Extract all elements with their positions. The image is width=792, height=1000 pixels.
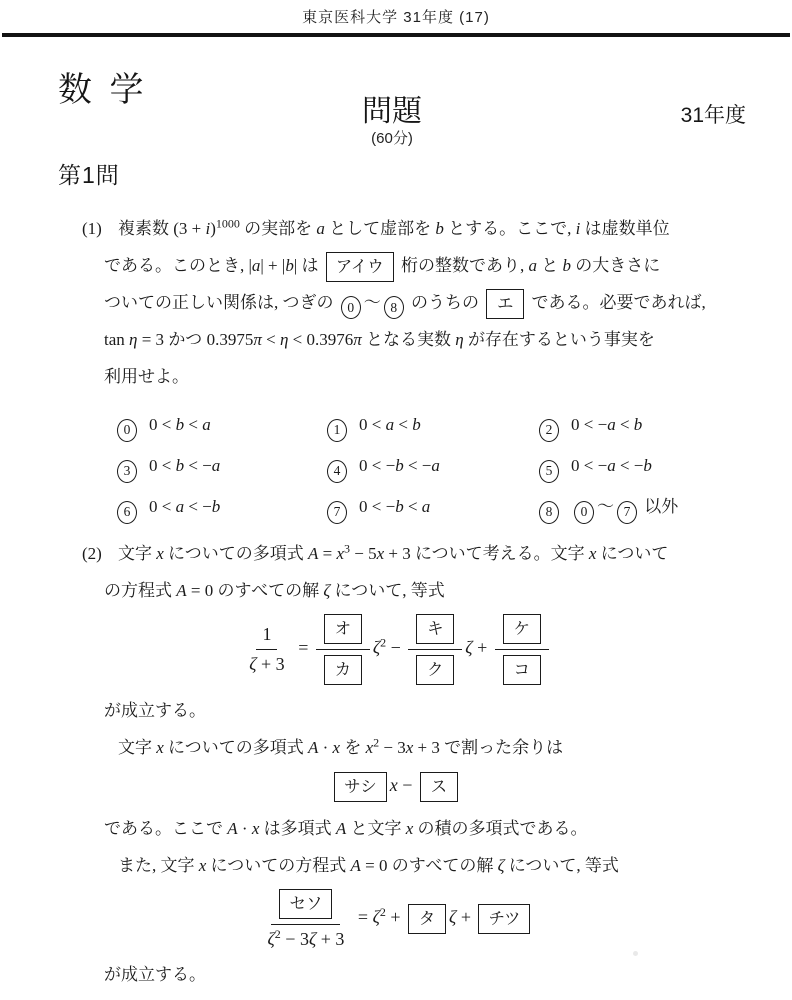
circled-number: 4 xyxy=(327,460,347,483)
option-expression: 0～7 以外 xyxy=(571,497,678,516)
circled-number: 3 xyxy=(117,460,137,483)
text-line: 文字 x についての多項式 A = x3 − 5x + 3 について考える。文字… xyxy=(104,535,732,572)
math-run: 1 xyxy=(262,624,271,644)
math-run: = xyxy=(294,638,313,658)
fraction-denominator: カ xyxy=(316,650,370,686)
text-line: tan η = 3 かつ 0.3975π < η < 0.3976π となる実数… xyxy=(104,321,732,358)
math-run: b xyxy=(412,415,421,434)
answer-box: チツ xyxy=(478,904,530,934)
math-run: a xyxy=(528,256,537,275)
math-run: π xyxy=(253,330,262,349)
text-run: ～ xyxy=(597,497,614,516)
text-run: についての多項式 xyxy=(164,544,308,563)
answer-box: アイウ xyxy=(326,252,394,282)
text-line: が成立する。 xyxy=(104,692,732,729)
answer-box: セソ xyxy=(279,889,332,919)
math-run: b xyxy=(395,497,404,516)
math-run: a xyxy=(316,219,325,238)
equation-2: サシx − ス xyxy=(104,772,688,802)
fraction-denominator: ク xyxy=(408,650,462,686)
math-run: b xyxy=(395,456,404,475)
text-line: である。このとき, |a| + |b| は アイウ 桁の整数であり, a と b… xyxy=(104,247,732,284)
math-run: ζ xyxy=(465,638,472,658)
answer-box: エ xyxy=(486,289,524,319)
text-run: 以外 xyxy=(640,497,678,516)
math-run: a xyxy=(607,456,616,475)
math-run: a xyxy=(607,415,616,434)
math-run: x xyxy=(156,738,164,757)
circled-number: 0 xyxy=(574,501,594,524)
fraction-denominator: ζ2 − 3ζ + 3 xyxy=(262,925,351,950)
text-line: 文字 x についての多項式 A · x を x2 − 3x + 3 で割った余り… xyxy=(104,729,732,766)
math-run: < xyxy=(262,330,280,349)
math-run: < 0.3976 xyxy=(288,330,353,349)
math-run: x xyxy=(333,738,341,757)
header-divider-rule xyxy=(2,33,790,37)
fraction-denominator: ζ + 3 xyxy=(243,650,290,675)
option-expression: 0 < −b < −a xyxy=(359,456,440,475)
part-2-label: (2) xyxy=(82,535,102,572)
text-run: となる実数 xyxy=(362,330,456,349)
text-run: の大きさに xyxy=(571,256,660,275)
math-run: | + | xyxy=(260,256,285,275)
math-run: = 0 xyxy=(187,581,214,600)
math-run: x xyxy=(156,544,164,563)
answer-box: ク xyxy=(416,655,454,685)
math-run: + 3 xyxy=(384,544,411,563)
math-run: = 0 xyxy=(361,856,388,875)
math-run: A xyxy=(336,819,346,838)
math-run: − 3 xyxy=(281,929,309,949)
math-run: + 3 xyxy=(413,738,440,757)
math-run: a xyxy=(422,497,431,516)
option-1: 10 < a < b xyxy=(324,407,536,443)
math-run: A xyxy=(176,581,186,600)
text-run: 桁の整数であり, xyxy=(397,256,529,275)
math-run: + xyxy=(473,638,492,658)
math-run: = xyxy=(318,544,336,563)
text-line: 複素数 (3 + i)1000 の実部を a として虚部を b とする。ここで,… xyxy=(104,210,732,247)
math-run: − xyxy=(386,638,405,658)
math-run: + xyxy=(386,907,405,927)
superscript: 1000 xyxy=(216,216,240,230)
options-grid: 00 < b < a 10 < a < b 20 < −a < b 30 < b… xyxy=(0,407,792,525)
year-label: 31年度 xyxy=(681,99,746,129)
text-run: また, 文字 xyxy=(118,856,199,875)
math-run: π xyxy=(353,330,362,349)
part-1-label: (1) xyxy=(82,210,102,247)
math-run: A xyxy=(308,738,318,757)
math-run: 0 < xyxy=(359,415,386,434)
text-run: について xyxy=(596,544,668,563)
math-run: + 3 xyxy=(257,654,285,674)
math-run: b xyxy=(285,256,294,275)
text-run: が成立する。 xyxy=(104,965,206,984)
math-run: · xyxy=(238,819,252,838)
text-line: である。ここで A · x は多項式 A と文字 x の積の多項式である。 xyxy=(104,810,732,847)
math-run: 0 < xyxy=(149,497,176,516)
text-run: として虚部を xyxy=(325,219,436,238)
circled-number: 8 xyxy=(384,296,404,319)
fraction: キク xyxy=(408,613,462,686)
circled-number: 2 xyxy=(539,419,559,442)
math-run: (3 + xyxy=(173,219,205,238)
math-run: 0 < − xyxy=(359,456,395,475)
option-expression: 0 < −a < b xyxy=(571,415,642,434)
text-run: 文字 xyxy=(118,738,156,757)
text-run: と xyxy=(537,256,563,275)
fraction-numerator: 1 xyxy=(256,624,277,650)
text-run: は多項式 xyxy=(259,819,336,838)
section-title: 第1問 xyxy=(58,157,120,190)
answer-box: コ xyxy=(503,655,541,685)
math-run: x xyxy=(390,775,398,795)
math-run: 0 < − xyxy=(359,497,395,516)
circled-number: 1 xyxy=(327,419,347,442)
part-2: (2) 文字 x についての多項式 A = x3 − 5x + 3 について考え… xyxy=(0,535,792,993)
part-1: (1) 複素数 (3 + i)1000 の実部を a として虚部を b とする。… xyxy=(0,210,792,395)
text-run: が存在するという事実を xyxy=(464,330,655,349)
answer-box: ケ xyxy=(503,614,541,644)
math-run: < xyxy=(184,415,202,434)
option-expression: 0 < a < −b xyxy=(149,497,220,516)
fraction-numerator: ケ xyxy=(495,613,549,650)
text-run: が成立する。 xyxy=(104,701,206,720)
equation-3: セソζ2 − 3ζ + 3 = ζ2 + タζ + チツ xyxy=(104,888,688,950)
fraction-denominator: コ xyxy=(495,650,549,686)
math-run: < − xyxy=(184,456,212,475)
option-3: 30 < b < −a xyxy=(114,448,324,484)
math-run: − 3 xyxy=(379,738,406,757)
math-run: η xyxy=(455,330,463,349)
text-line: が成立する。 xyxy=(104,956,732,993)
circled-number: 0 xyxy=(117,419,137,442)
math-run: 0 < xyxy=(149,456,176,475)
math-run: 0 < − xyxy=(571,456,607,475)
option-4: 40 < −b < −a xyxy=(324,448,536,484)
option-7: 70 < −b < a xyxy=(324,489,536,525)
text-line: ついての正しい関係は, つぎの 0～8 のうちの エ である。必要であれば, xyxy=(104,284,732,321)
math-run: 0 < xyxy=(149,415,176,434)
text-run: のすべての解 xyxy=(213,581,323,600)
math-run: < xyxy=(394,415,412,434)
text-run: 文字 xyxy=(118,544,156,563)
text-run: について, 等式 xyxy=(330,581,444,600)
math-run: b xyxy=(435,219,444,238)
page-header: 東京医科大学 31年度 (17) xyxy=(0,6,792,27)
text-run: かつ xyxy=(168,330,206,349)
option-expression: 0 < −a < −b xyxy=(571,456,652,475)
math-run: < − xyxy=(184,497,212,516)
math-run: A xyxy=(350,856,360,875)
math-run: = 3 xyxy=(137,330,168,349)
problem-title: 問題 xyxy=(0,86,784,130)
math-run: b xyxy=(176,415,185,434)
equation-1: 1ζ + 3 = オカζ2 − キクζ + ケコ xyxy=(104,613,688,686)
text-run: とする。ここで, xyxy=(444,219,576,238)
math-run: A xyxy=(308,544,318,563)
math-run: < − xyxy=(616,456,644,475)
option-8: 80～7 以外 xyxy=(536,489,792,525)
math-run: A xyxy=(227,819,237,838)
math-run: − 5 xyxy=(350,544,377,563)
math-run: − xyxy=(398,775,417,795)
math-run: x xyxy=(336,544,344,563)
text-run: のすべての解 xyxy=(387,856,497,875)
text-run: 複素数 xyxy=(118,219,173,238)
math-run: x xyxy=(366,738,374,757)
fraction: オカ xyxy=(316,613,370,686)
option-expression: 0 < b < a xyxy=(149,415,211,434)
text-run: の積の多項式である。 xyxy=(413,819,587,838)
text-line: 利用せよ。 xyxy=(104,358,732,395)
math-run: ζ xyxy=(268,929,275,949)
math-run: a xyxy=(176,497,185,516)
fraction-numerator: キ xyxy=(408,613,462,650)
answer-box: オ xyxy=(324,614,362,644)
text-run: の方程式 xyxy=(104,581,176,600)
circled-number: 8 xyxy=(539,501,559,524)
scan-artifact-dot xyxy=(633,951,638,956)
math-run: a xyxy=(431,456,440,475)
math-run: b xyxy=(634,415,643,434)
math-run: a xyxy=(202,415,211,434)
text-run: 利用せよ。 xyxy=(104,367,189,386)
math-run: a xyxy=(386,415,395,434)
text-run: について, 等式 xyxy=(505,856,619,875)
math-run: a xyxy=(212,456,221,475)
answer-box: タ xyxy=(408,904,446,934)
text-run: である。必要であれば, xyxy=(527,293,706,312)
math-run: x xyxy=(377,544,385,563)
math-run: ζ xyxy=(249,654,256,674)
math-run: < − xyxy=(404,456,432,475)
text-run: を xyxy=(340,738,366,757)
math-run: b xyxy=(562,256,571,275)
math-run: b xyxy=(176,456,185,475)
problem-content: (1) 複素数 (3 + i)1000 の実部を a として虚部を b とする。… xyxy=(0,210,792,993)
text-run: ついての正しい関係は, つぎの xyxy=(104,293,338,312)
fraction-numerator: オ xyxy=(316,613,370,650)
math-run: tan xyxy=(104,330,129,349)
duration-label: (60分) xyxy=(0,127,784,148)
text-run: である。ここで xyxy=(104,819,227,838)
answer-box: ス xyxy=(420,772,458,802)
fraction: セソζ2 − 3ζ + 3 xyxy=(262,888,351,950)
math-run: b xyxy=(212,497,221,516)
option-5: 50 < −a < −b xyxy=(536,448,792,484)
math-run: ζ xyxy=(498,856,505,875)
text-run: は xyxy=(297,256,323,275)
math-run: < xyxy=(616,415,634,434)
option-expression: 0 < b < −a xyxy=(149,456,220,475)
math-run: 0.3975 xyxy=(207,330,254,349)
math-run: + xyxy=(456,907,475,927)
answer-box: サシ xyxy=(334,772,387,802)
circled-number: 7 xyxy=(327,501,347,524)
math-run: + 3 xyxy=(316,929,344,949)
option-0: 00 < b < a xyxy=(114,407,324,443)
text-line: また, 文字 x についての方程式 A = 0 のすべての解 ζ について, 等… xyxy=(104,847,732,884)
math-run: ζ xyxy=(373,907,380,927)
option-expression: 0 < a < b xyxy=(359,415,421,434)
circled-number: 0 xyxy=(341,296,361,319)
answer-box: カ xyxy=(324,655,362,685)
text-run: について考える。文字 xyxy=(411,544,589,563)
text-run: についての多項式 xyxy=(164,738,308,757)
fraction: ケコ xyxy=(495,613,549,686)
option-6: 60 < a < −b xyxy=(114,489,324,525)
fraction: 1ζ + 3 xyxy=(243,624,290,675)
answer-box: キ xyxy=(416,614,454,644)
circled-number: 5 xyxy=(539,460,559,483)
math-run: 0 < − xyxy=(571,415,607,434)
math-run: b xyxy=(643,456,652,475)
option-2: 20 < −a < b xyxy=(536,407,792,443)
text-run: と文字 xyxy=(346,819,406,838)
option-expression: 0 < −b < a xyxy=(359,497,430,516)
text-run: である。このとき, xyxy=(104,256,249,275)
text-run: で割った余りは xyxy=(440,738,563,757)
math-run: = xyxy=(353,907,372,927)
circled-number: 7 xyxy=(617,501,637,524)
text-run: の実部を xyxy=(240,219,317,238)
text-run: のうちの xyxy=(407,293,484,312)
math-run: < xyxy=(404,497,422,516)
text-run: についての方程式 xyxy=(206,856,350,875)
fraction-numerator: セソ xyxy=(271,888,340,925)
text-run: は虚数単位 xyxy=(580,219,669,238)
text-line: の方程式 A = 0 のすべての解 ζ について, 等式 xyxy=(104,572,732,609)
circled-number: 6 xyxy=(117,501,137,524)
math-run: · xyxy=(318,738,332,757)
text-run: ～ xyxy=(364,293,381,312)
